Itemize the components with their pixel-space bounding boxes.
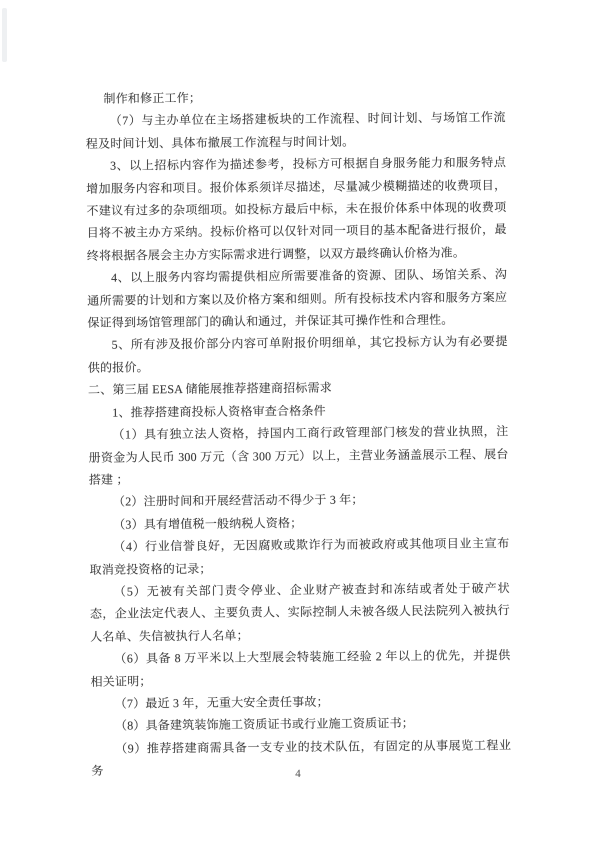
scan-artifact bbox=[2, 8, 7, 62]
paragraph: （7）与主办单位在主场搭建板块的工作流程、时间计划、与场馆工作流程及时间计划、具… bbox=[86, 107, 506, 155]
paragraph: 4、以上服务内容均需提供相应所需要准备的资源、团队、场馆关系、沟通所需要的计划和… bbox=[87, 263, 508, 334]
text-block: 制作和修正工作；（7）与主办单位在主场搭建板块的工作流程、时间计划、与场馆工作流… bbox=[85, 84, 511, 782]
document-page: 制作和修正工作；（7）与主办单位在主场搭建板块的工作流程、时间计划、与场馆工作流… bbox=[0, 0, 600, 848]
paragraph: 3、以上招标内容作为描述参考，投标方可根据自身服务能力和服务特点增加服务内容和项… bbox=[86, 151, 507, 267]
page-number: 4 bbox=[295, 768, 301, 780]
page-footer: 4 bbox=[88, 762, 508, 784]
paragraph: （1）具有独立法人资格，持国内工商行政管理部门核发的营业执照，注册资金为人民币 … bbox=[88, 420, 509, 491]
paragraph: （4）行业信誉良好，无因腐败或欺诈行为而被政府或其他项目业主宣布取消竞投资格的记… bbox=[89, 532, 509, 580]
page-content: 制作和修正工作；（7）与主办单位在主场搭建板块的工作流程、时间计划、与场馆工作流… bbox=[85, 84, 511, 782]
paragraph: （6）具备 8 万平米以上大型展会特装施工经验 2 年以上的优先，并提供相关证明… bbox=[90, 644, 510, 692]
paragraph: 5、所有涉及报价部分内容可单附报价明细单，其它投标方认为有必要提供的报价。 bbox=[88, 331, 508, 379]
paragraph: （5）无被有关部门责令停业、企业财产被查封和冻结或者处于破产状态，企业法定代表人… bbox=[90, 577, 511, 648]
